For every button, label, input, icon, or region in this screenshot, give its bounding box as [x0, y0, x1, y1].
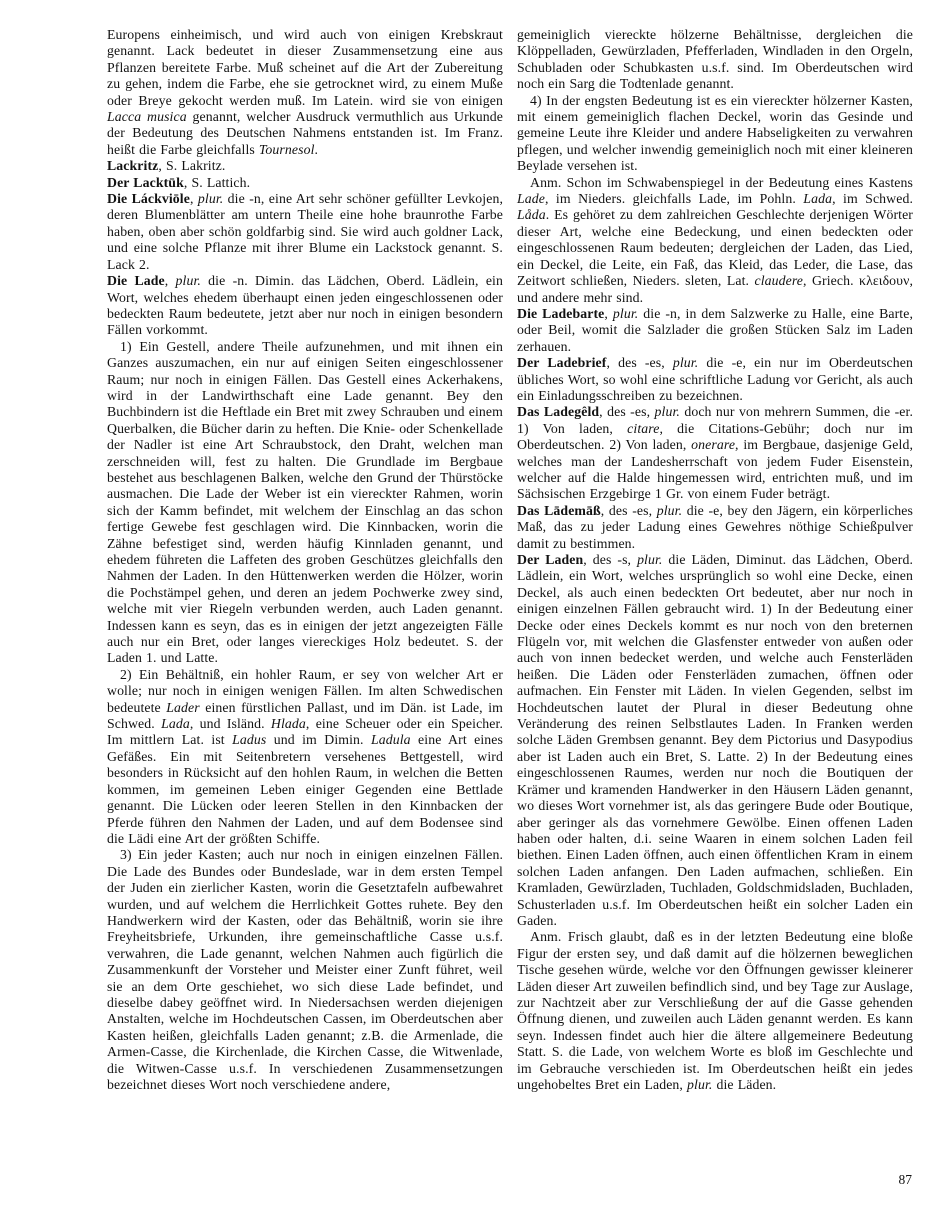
text-run: , und Isländ. [190, 716, 271, 731]
entry-lackviole: Die Láckviōle, plur. die -n, eine Art se… [107, 191, 503, 273]
italic-term: plur. [198, 191, 223, 206]
italic-term: Tournesol [259, 142, 315, 157]
entry-lademass: Das Lādemāß, des -es, plur. die -e, bey … [517, 503, 913, 552]
text-run: eine Art eines Gefäßes. Ein mit Seitenbr… [107, 732, 503, 845]
entry-lacktuek: Der Lacktūk, S. Lattich. [107, 175, 503, 191]
text-run: die Läden, Diminut. das Lädchen, Oberd. … [517, 552, 913, 928]
left-text-column: Europens einheimisch, und wird auch von … [107, 27, 503, 1093]
sense-3: 3) Ein jeder Kasten; auch nur noch in ei… [107, 847, 503, 1093]
page-number: 87 [860, 1172, 912, 1188]
text-run: 3) Ein jeder Kasten; auch nur noch in ei… [107, 847, 503, 1092]
italic-term: Lade [517, 191, 545, 206]
headword: Das Ladegêld [517, 404, 599, 419]
text-run: die Läden. [712, 1077, 776, 1092]
headword: Der Laden [517, 552, 583, 567]
italic-term: plur. [613, 306, 638, 321]
text-run: Europens einheimisch, und wird auch von … [107, 27, 503, 108]
text-run: , des -es, [601, 503, 657, 518]
italic-term: Hlada [271, 716, 306, 731]
entry-ladegeld: Das Ladegêld, des -es, plur. doch nur vo… [517, 404, 913, 502]
text-run: , [604, 306, 613, 321]
italic-term: plur. [655, 404, 680, 419]
headword: Der Ladebrief [517, 355, 606, 370]
italic-term: plur. [637, 552, 662, 567]
italic-term: claudere [754, 273, 803, 288]
continuation-lack: Europens einheimisch, und wird auch von … [107, 27, 503, 158]
text-run: und im Dimin. [266, 732, 371, 747]
sense-4: 4) In der engsten Bedeutung ist es ein v… [517, 93, 913, 175]
anmerkung-lade: Anm. Schon im Schwabenspiegel in der Bed… [517, 175, 913, 306]
italic-term: Lader [166, 700, 199, 715]
text-run: , S. Lattich. [184, 175, 250, 190]
right-text-column: gemeiniglich viereckte hölzerne Behältni… [517, 27, 913, 1093]
anmerkung-laden: Anm. Frisch glaubt, daß es in der letzte… [517, 929, 913, 1093]
headword: Lackritz [107, 158, 158, 173]
headword: Die Láckviōle [107, 191, 190, 206]
italic-term: Lada [803, 191, 832, 206]
entry-ladebrief: Der Ladebrief, des -es, plur. die -e, ei… [517, 355, 913, 404]
text-run: , im Schwed. [832, 191, 913, 206]
italic-term: Lacca musica [107, 109, 187, 124]
headword: Der Lacktūk [107, 175, 184, 190]
text-run: , [165, 273, 176, 288]
entry-ladebarte: Die Ladebarte, plur. die -n, in dem Salz… [517, 306, 913, 355]
headword: Die Ladebarte [517, 306, 604, 321]
italic-term: plur. [673, 355, 698, 370]
text-run: gemeiniglich viereckte hölzerne Behältni… [517, 27, 913, 91]
text-run: , im Nieders. gleichfalls Lade, im Pohln… [545, 191, 803, 206]
italic-term: citare [627, 421, 659, 436]
sense-2: 2) Ein Behältniß, ein hohler Raum, er se… [107, 667, 503, 847]
italic-term: plur. [657, 503, 682, 518]
italic-term: Ladus [232, 732, 266, 747]
italic-term: Ladula [371, 732, 411, 747]
italic-term: Lada [161, 716, 190, 731]
text-run: 4) In der engsten Bedeutung ist es ein v… [517, 93, 913, 174]
text-run: , [190, 191, 198, 206]
dictionary-page-body: { "page": { "number": "87" }, "columns":… [0, 0, 935, 1210]
text-run: 1) Ein Gestell, andere Theile aufzunehme… [107, 339, 503, 666]
entry-laden: Der Laden, des -s, plur. die Läden, Dimi… [517, 552, 913, 929]
text-run: . [315, 142, 319, 157]
italic-term: plur. [687, 1077, 712, 1092]
page: Europens einheimisch, und wird auch von … [0, 0, 935, 1210]
text-run: , des -es, [599, 404, 654, 419]
text-run: , S. Lakritz. [158, 158, 225, 173]
text-run: Anm. Frisch glaubt, daß es in der letzte… [517, 929, 913, 1092]
continuation-sense-3: gemeiniglich viereckte hölzerne Behältni… [517, 27, 913, 93]
italic-term: plur. [176, 273, 201, 288]
entry-lade: Die Lade, plur. die -n. Dimin. das Lädch… [107, 273, 503, 339]
text-run: Anm. Schon im Schwabenspiegel in der Bed… [530, 175, 913, 190]
headword: Die Lade [107, 273, 165, 288]
text-run: , des -s, [583, 552, 637, 567]
text-run: , des -es, [606, 355, 672, 370]
entry-lackritz: Lackritz, S. Lakritz. [107, 158, 503, 174]
headword: Das Lādemāß [517, 503, 601, 518]
italic-term: Låda [517, 207, 546, 222]
italic-term: onerare [691, 437, 735, 452]
sense-1: 1) Ein Gestell, andere Theile aufzunehme… [107, 339, 503, 667]
